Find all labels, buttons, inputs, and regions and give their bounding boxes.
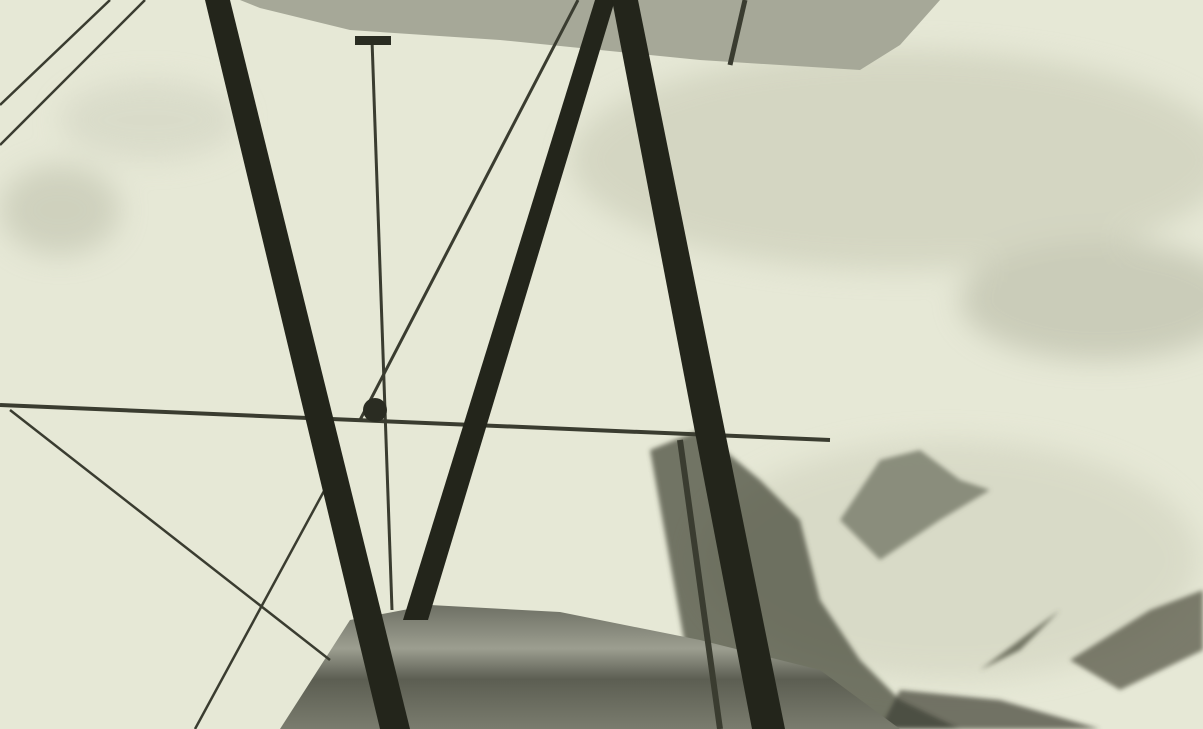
aerial-biplane-photo bbox=[0, 0, 1203, 729]
photo-canvas bbox=[0, 0, 1203, 729]
clouds bbox=[0, 50, 1203, 680]
